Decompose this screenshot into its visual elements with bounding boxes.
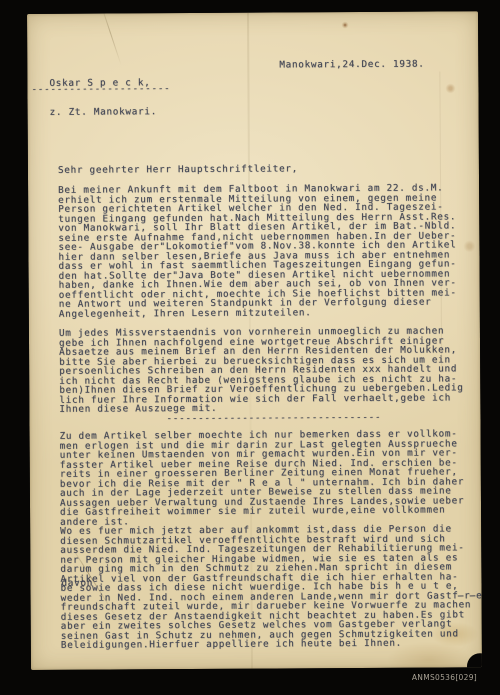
salutation: Sehr geehrter Herr Hauptschriftleiter, xyxy=(58,164,298,175)
paragraph-2: Um jedes Missverstaendnis von vornherein… xyxy=(59,326,464,414)
letter-page: Oskar S p e c k, z. Zt. Manokwari. -----… xyxy=(27,11,482,670)
archive-id-label: ANMS0536[029] xyxy=(412,673,477,682)
corner-notch xyxy=(467,653,482,670)
paragraph-1: Bei meiner Ankunft mit dem Faltboot in M… xyxy=(58,183,457,318)
paragraph-3: Zu dem Artikel selber moechte ich nur be… xyxy=(60,429,482,650)
sender-location: z. Zt. Manokwari. xyxy=(50,107,157,117)
dateline: Manokwari,24.Dec. 1938. xyxy=(279,60,424,70)
margin-note: davon xyxy=(61,579,93,589)
separator-rule: ---------------------------------- xyxy=(166,413,381,424)
sender-block: Oskar S p e c k, z. Zt. Manokwari. xyxy=(49,59,157,136)
paper-crease xyxy=(99,11,122,65)
sender-underline-rule: ---------------------- xyxy=(31,84,170,94)
